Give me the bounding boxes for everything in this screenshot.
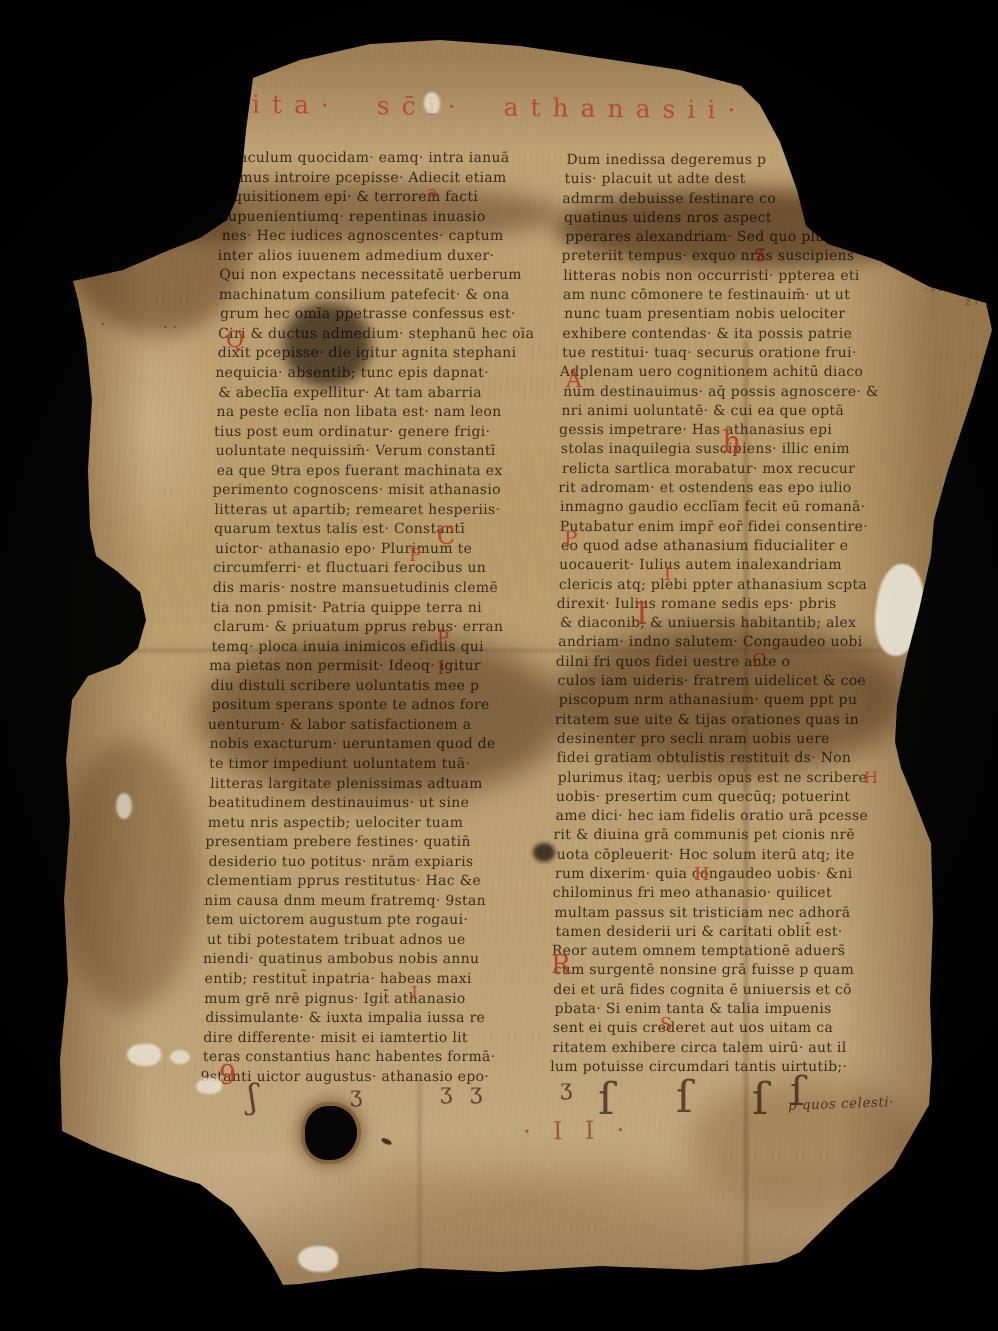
text-line: mum grē nrē pignus· Igit̄ athanasio (204, 990, 540, 1010)
text-line: clementiam pprus restitutus· Hac &e (206, 872, 542, 892)
text-line: dissimulante· & iuxta impalia iussa re (205, 1009, 540, 1029)
text-line: plurimus itaq; uerbis opus est ne scribe… (558, 769, 913, 788)
text-line: te timor impediunt uoluntatem tuā· (209, 755, 545, 775)
text-line: temq· ploca inuia inimicos efidiis qui (211, 638, 547, 658)
pen-flourish: ʒ (350, 1085, 362, 1107)
text-line: domus introire pcepisse· Adiecit etiam (221, 169, 557, 189)
text-line: presentiam prebere festines· quatin̄ (205, 833, 543, 853)
text-line: ut tibi potestatem tribuat adnos ue (207, 931, 542, 951)
text-line: dis maris· nostre mansuetudinis clemē (213, 579, 549, 599)
text-line: rit & diuina grā communis pet cionis nrē (553, 826, 911, 845)
crease-line (418, 1080, 421, 1280)
text-line: quarum textus talis est· Constantī (214, 520, 550, 540)
text-line: litteras ut apartib; remearet hesperiis· (214, 501, 550, 521)
text-line: piscopum nrm athanasium· quem ppt pu (559, 691, 914, 710)
text-line: am nunc cōmonere te festinauim̄· ut ut (563, 286, 919, 305)
text-line: uictor· athanasio epo· Plurimum te (215, 540, 550, 560)
text-line: dei et urā fides cognita ē uniuersis et … (553, 981, 909, 1000)
text-line: relicta sartlica morabatur· mox recucur (562, 460, 917, 479)
text-line: tem uictorem augustum pte rogaui· (206, 911, 542, 931)
slit (380, 1137, 392, 1146)
text-column-left: oraculum quocidam· eamq· intra ianuādomu… (202, 149, 558, 1087)
text-line: chilominus fri meo athanasio· quilicet (552, 884, 910, 903)
text-line: clarum· & priuatum pprus rebus· erran (213, 618, 548, 638)
text-line: pbata· Si enim tanta & talia impuenis (554, 1000, 909, 1019)
text-line: exhibere contendas· & ita possis patrie (562, 325, 918, 344)
text-line: grum hec omīa ppetrasse confessus est· (220, 305, 555, 325)
pen-flourish: ʒ (560, 1078, 572, 1100)
stain (60, 740, 200, 1010)
text-line: uenturum· & labor satisfactionem a (208, 716, 546, 736)
wormhole (305, 1106, 357, 1160)
text-line: fidei gratiam obtulistis restituit ds· N… (556, 749, 912, 768)
photo-background: ita· sc̄i· athanasii· e oraculum quocida… (0, 0, 998, 1331)
text-line: culos iam uideris· fratrem uidelicet & c… (557, 672, 913, 691)
text-line: 9stanti uictor augustus· athanasio epo· (200, 1068, 538, 1088)
text-line: Qui non expectans necessitatē uerberum (219, 266, 555, 286)
text-line: niendi· quatinus ambobus nobis annu (203, 950, 541, 970)
damage-spot (424, 92, 440, 114)
text-line: Reor autem omnem temptationē aduers̄ (552, 942, 910, 961)
red-margin-mark: · · (163, 320, 177, 335)
text-line: diu distuli scribere uoluntatis mee p (211, 677, 547, 697)
text-line: uocauerit· Iulius autem inalexandriam (559, 556, 915, 575)
text-line: rum dixerim· quia congaudeo uobis· &ni (555, 865, 911, 884)
damage-spot (196, 1078, 222, 1094)
damage-spot (298, 1246, 338, 1272)
text-line: & abeclīa expellitur· At tam abarria (218, 384, 553, 404)
text-line: Ciri & ductus admedium· stephanū hec oīa (218, 325, 554, 345)
text-line: entib; restitut̄ inpatria· habeas maxi (204, 970, 540, 990)
text-line: gessis impetrare· Has athanasius epi (559, 421, 917, 440)
text-line: inter alios iuuenem admedium duxer· (218, 247, 556, 267)
damage-spot (170, 1050, 190, 1064)
text-line: dixit pcepisse· die igitur agnita stepha… (217, 344, 553, 364)
damage-spot (116, 793, 132, 819)
corner-inscription: p quos celesti· (788, 1094, 894, 1114)
text-line: stolas inaquilegia suscipiens· illic eni… (561, 440, 917, 459)
text-line: machinatum consilium patefecit· & ona (219, 286, 555, 306)
text-column-right: Dum inedissa degeremus ptuis· placuit ut… (552, 151, 921, 1077)
text-line: inquisitionem epi· & terrorem facti (219, 188, 557, 208)
pen-flourish: ſ (752, 1078, 768, 1122)
text-line: andriam· indno salutem· Congaudeo uobi (558, 633, 914, 652)
text-line: inmagno gaudio ecclīam fecit eū romanā· (560, 498, 916, 517)
text-line: preteriit tempus· exquo nrās suscipiens (561, 247, 919, 266)
text-line: ame dici· hec iam fidelis oratio urā pce… (556, 807, 912, 826)
text-line: nunc tuam presentiam nobis uelociter (564, 305, 919, 324)
text-line: quatinus uidens nros aspect (564, 209, 920, 228)
text-line: supuenientiumq· repentinas inuasio (220, 208, 556, 228)
text-line: circumferri· et fluctuari ferocibus un (213, 559, 549, 579)
text-line: uobis· presertim cum quecūq; potuerint (556, 788, 912, 807)
text-line: direxit· Iulius romane sedis eps· pbris (557, 595, 915, 614)
text-line: sent ei quis crederet aut uos uitam ca (553, 1019, 909, 1038)
parchment-leaf: ita· sc̄i· athanasii· e oraculum quocida… (0, 0, 998, 1331)
text-line: positum sperans sponte te adnos fore (212, 696, 547, 716)
text-line: nobis exacturum· ueruntamen quod de (209, 735, 545, 755)
edge-ink-mark: · ı l ſ (923, 281, 949, 295)
text-line: na peste eclīa non libata est· nam leon (216, 403, 552, 423)
text-line: ma pietas non permisit· Ideoq· igitur (209, 657, 547, 677)
text-line: litteras nobis non occurristi· ppterea e… (563, 267, 919, 286)
damage-spot (127, 1044, 161, 1066)
text-line: multam passus sit tristiciam nec adhorā (554, 904, 910, 923)
text-line: uota cōpleuerit· Hoc solum iterū atq; it… (557, 846, 912, 865)
red-margin-mark: · (100, 316, 106, 334)
text-line: perimento cognoscens· misit athanasio (213, 481, 551, 501)
text-line: dilni fri quos fidei uestre ante o (556, 653, 914, 672)
text-line: Dum inedissa degeremus p (566, 151, 921, 170)
text-line: litteras largitate plenissimas adtuam (210, 775, 545, 795)
text-line: desinenter pro secli nram uobis uere (557, 730, 913, 749)
text-line: admrm debuisse festinare co (562, 190, 920, 209)
text-line: cum surgentē nonsine grā fuisse p quam (553, 961, 909, 980)
text-line: clericis atq; plebi ppter athanasium scp… (559, 576, 915, 595)
text-line: oraculum quocidam· eamq· intra ianuā (223, 149, 558, 169)
text-line: dire differente· misit ei iamtertio lit (203, 1029, 539, 1049)
text-line: beatitudinem destinauimus· ut sine (208, 794, 544, 814)
text-line: nim causa dnm meum fratremq· 9stan (204, 892, 542, 912)
pen-flourish: ſ (676, 1076, 692, 1120)
text-line: tius post eum ordinatur· genere frigi· (214, 423, 552, 443)
text-line: ea que 9tra epos fuerant machinata ex (217, 462, 552, 482)
text-line: num destinauimus· aq̄ possis agnoscere· … (563, 383, 918, 402)
text-line: ritatem exhibere circa talem uirū· aut i… (552, 1039, 908, 1058)
text-line: nes· Hec iudices agnoscentes· captum (221, 227, 556, 247)
text-line: ritatem sue uite & tijas orationes quas … (555, 711, 913, 730)
text-line: pperares alexandriam· Sed quo plurimū (565, 228, 920, 247)
text-line: desiderio tuo potitus· nrām expiaris (208, 853, 543, 873)
text-line: teras constantius hanc habentes formā· (203, 1048, 539, 1068)
rubric-title: ita· sc̄i· athanasii· e (252, 90, 972, 128)
text-line: tue restitui· tuaq· securus oratione fru… (562, 344, 918, 363)
text-line: lum potuisse circumdari tantis uirtutib;… (550, 1058, 908, 1077)
text-line: Adplenam uero cognitionem achitū diaco (560, 363, 918, 382)
text-line: & diaconib; & uniuersis habitantib; alex (560, 614, 915, 633)
text-line: tamen desiderii uri & caritati oblit̄ es… (555, 923, 910, 942)
text-line: eo quod adse athanasium fiducialiter e (561, 537, 916, 556)
text-line: metu nris aspectib; uelociter tuam (208, 814, 544, 834)
text-line: uoluntate nequissim̄· Verum constantī (215, 442, 551, 462)
edge-ink-mark: · z ı (958, 295, 979, 307)
text-line: nequicia· absentib; tunc epis dapnat· (215, 364, 553, 384)
text-line: tia non pmisit· Patria quippe terra ni (210, 599, 548, 619)
text-line: nri animi uoluntatē· & cui ea que optā (561, 402, 917, 421)
text-line: tuis· placuit ut adte dest (564, 170, 920, 189)
page-numeral: · I I · (523, 1115, 632, 1146)
text-line: Putabatur enim impr̄ eor̄ fidei consenti… (560, 518, 916, 537)
text-line: rit adromam· et ostendens eas epo iulio (558, 479, 916, 498)
